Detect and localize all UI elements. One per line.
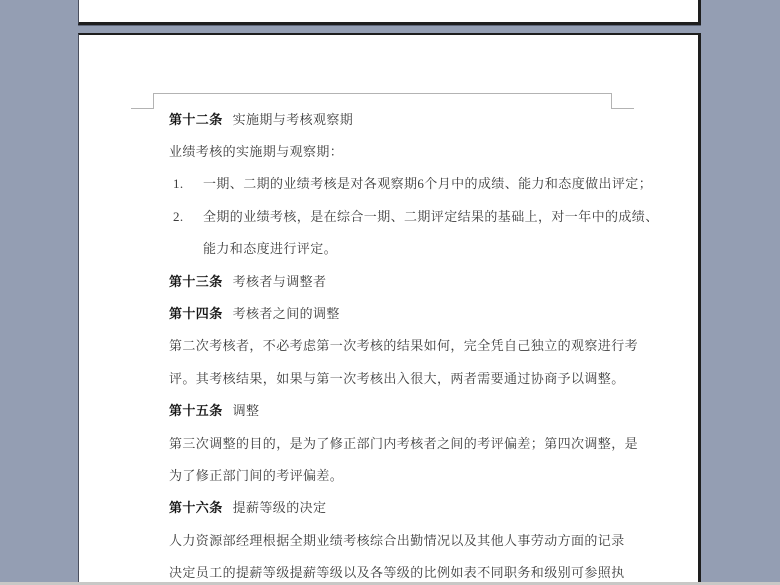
text-boundary-right-tick — [611, 93, 612, 109]
article-heading-16: 第十六条提薪等级的决定 — [169, 499, 326, 516]
text-boundary-left-tick — [153, 93, 154, 109]
paragraph-line: 第三次调整的目的，是为了修正部门内考核者之间的考评偏差；第四次调整，是 — [169, 435, 638, 452]
article-number: 第十四条 — [169, 306, 223, 321]
paragraph-text: 第三次调整的目的，是为了修正部门内考核者之间的考评偏差；第四次调整，是 — [169, 436, 638, 451]
document-page[interactable]: 第十二条实施期与考核观察期 业绩考核的实施期与观察期： 1.一期、二期的业绩考核… — [78, 33, 701, 585]
paragraph-text: 决定员工的提薪等级提薪等级以及各等级的比例如表不同职务和级别可参照执 — [169, 565, 625, 580]
paragraph-text: 人力资源部经理根据全期业绩考核综合出勤情况以及其他人事劳动方面的记录 — [169, 533, 625, 548]
previous-page-bottom-edge[interactable] — [78, 0, 701, 25]
numbered-item-2: 2.全期的业绩考核，是在综合一期、二期评定结果的基础上，对一年中的成绩、 — [173, 208, 659, 225]
item-number: 1. — [173, 175, 203, 192]
article-title: 实施期与考核观察期 — [233, 112, 354, 127]
paragraph-line: 人力资源部经理根据全期业绩考核综合出勤情况以及其他人事劳动方面的记录 — [169, 532, 625, 549]
article-title: 考核者与调整者 — [233, 274, 327, 289]
paragraph-text: 第二次考核者，不必考虑第一次考核的结果如何，完全凭自己独立的观察进行考 — [169, 338, 638, 353]
paragraph-line: 业绩考核的实施期与观察期： — [169, 143, 343, 160]
article-heading-14: 第十四条考核者之间的调整 — [169, 305, 340, 322]
article-heading-13: 第十三条考核者与调整者 — [169, 273, 326, 290]
article-number: 第十五条 — [169, 403, 223, 418]
paragraph-text: 评。其考核结果，如果与第一次考核出入很大，两者需要通过协商予以调整。 — [169, 371, 625, 386]
text-boundary-top-line — [153, 93, 611, 94]
article-number: 第十六条 — [169, 500, 223, 515]
article-title: 考核者之间的调整 — [233, 306, 340, 321]
item-text: 一期、二期的业绩考核是对各观察期6个月中的成绩、能力和态度做出评定； — [203, 176, 652, 191]
article-heading-15: 第十五条调整 — [169, 402, 259, 419]
paragraph-text: 为了修正部门间的考评偏差。 — [169, 468, 343, 483]
article-number: 第十三条 — [169, 274, 223, 289]
paragraph-text: 业绩考核的实施期与观察期： — [169, 144, 343, 159]
numbered-item-2-continuation: 能力和态度进行评定。 — [203, 240, 337, 257]
paragraph-line: 决定员工的提薪等级提薪等级以及各等级的比例如表不同职务和级别可参照执 — [169, 564, 625, 581]
article-title: 提薪等级的决定 — [233, 500, 327, 515]
article-title: 调整 — [233, 403, 260, 418]
margin-corner-mark-left — [131, 108, 153, 109]
article-heading-12: 第十二条实施期与考核观察期 — [169, 111, 353, 128]
item-text: 全期的业绩考核，是在综合一期、二期评定结果的基础上，对一年中的成绩、 — [203, 209, 659, 224]
article-number: 第十二条 — [169, 112, 223, 127]
paragraph-line: 第二次考核者，不必考虑第一次考核的结果如何，完全凭自己独立的观察进行考 — [169, 337, 638, 354]
paragraph-line: 为了修正部门间的考评偏差。 — [169, 467, 343, 484]
item-number: 2. — [173, 208, 203, 225]
paragraph-line: 评。其考核结果，如果与第一次考核出入很大，两者需要通过协商予以调整。 — [169, 370, 625, 387]
editor-workspace: 第十二条实施期与考核观察期 业绩考核的实施期与观察期： 1.一期、二期的业绩考核… — [0, 0, 780, 585]
margin-corner-mark-right — [611, 108, 634, 109]
item-text: 能力和态度进行评定。 — [203, 241, 337, 256]
numbered-item-1: 1.一期、二期的业绩考核是对各观察期6个月中的成绩、能力和态度做出评定； — [173, 175, 652, 192]
